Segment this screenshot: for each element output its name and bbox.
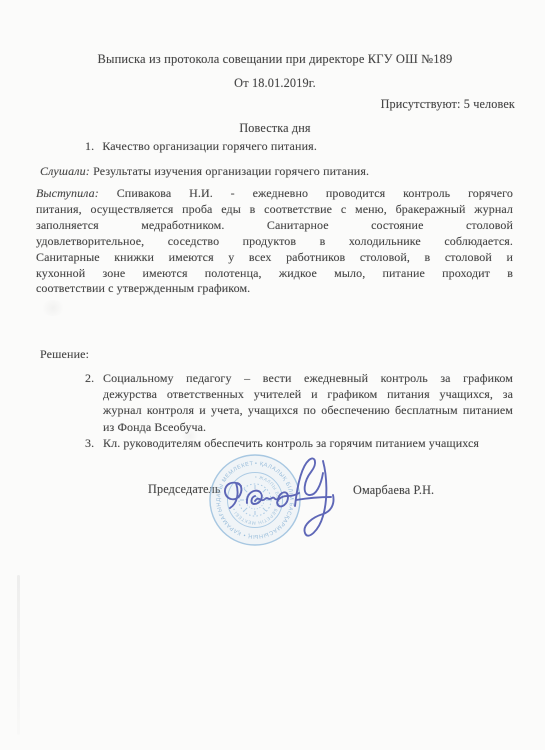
scanned-protocol-document: Выписка из протокола совещании при дирек…	[0, 0, 545, 750]
vystupila-line-1: Выступила: Спивакова Н.И. - ежедневно пр…	[36, 186, 513, 202]
document-title: Выписка из протокола совещании при дирек…	[30, 52, 520, 67]
decision-list: 2. Социальному педагогу – вести ежедневн…	[103, 370, 513, 451]
decision-item-3: 3. Кл. руководителям обеспечить контроль…	[103, 435, 513, 451]
stamp-inner-ring-text: • ЖАЛПЫ БІЛІМ БЕРЕТІН МЕКТЕБІ •	[231, 474, 280, 525]
vystupila-line-2: питания, осуществляется проба еды в соот…	[36, 202, 513, 218]
document-date-line: От 18.01.2019г.	[30, 76, 520, 91]
vystupila-paragraph: Выступила: Спивакова Н.И. - ежедневно пр…	[36, 186, 513, 297]
vystupila-line-5: Санитарные книжки имеются у всех работни…	[36, 250, 513, 266]
slushali-line: Слушали: Результаты изучения организации…	[40, 164, 369, 179]
slushali-text: Результаты изучения организации горячего…	[93, 164, 369, 178]
vystupila-line-3: заполняется медработником. Санитарное со…	[36, 218, 513, 234]
slushali-label: Слушали:	[40, 164, 90, 178]
decision-item-3-number: 3.	[85, 435, 94, 451]
svg-text:• ЖАЛПЫ БІЛІМ БЕРЕТІН МЕКТЕБІ: • ЖАЛПЫ БІЛІМ БЕРЕТІН МЕКТЕБІ •	[231, 474, 280, 525]
agenda-item-1: 1.Качество организации горячего питания.	[85, 139, 317, 154]
vystupila-line-6: кухонной зоне имеются полотенца, жидкое …	[36, 266, 513, 282]
scan-smudge	[180, 430, 200, 442]
decision-item-2-number: 2.	[85, 370, 94, 386]
chairman-name: Омарбаева Р.Н.	[353, 483, 434, 498]
vystupila-line-7: соответствии с утвержденным графиком.	[36, 281, 513, 297]
agenda-item-1-number: 1.	[85, 139, 94, 153]
decision-item-2: 2. Социальному педагогу – вести ежедневн…	[103, 370, 513, 435]
stamp-center-emblem-icon	[239, 484, 271, 516]
scan-smudge	[40, 300, 66, 316]
vystupila-line-4: удовлетворительное, соседство продуктов …	[36, 234, 513, 250]
attendees-line: Присутствуют: 5 человек	[381, 97, 515, 112]
agenda-heading: Повестка дня	[30, 121, 520, 136]
agenda-item-1-text: Качество организации горячего питания.	[102, 139, 317, 153]
scan-edge-artifact	[17, 575, 20, 735]
vystupila-label: Выступила:	[36, 186, 99, 200]
decision-heading: Решение:	[40, 347, 89, 362]
chairman-label: Председатель	[148, 482, 221, 497]
signature-ink	[225, 458, 334, 535]
